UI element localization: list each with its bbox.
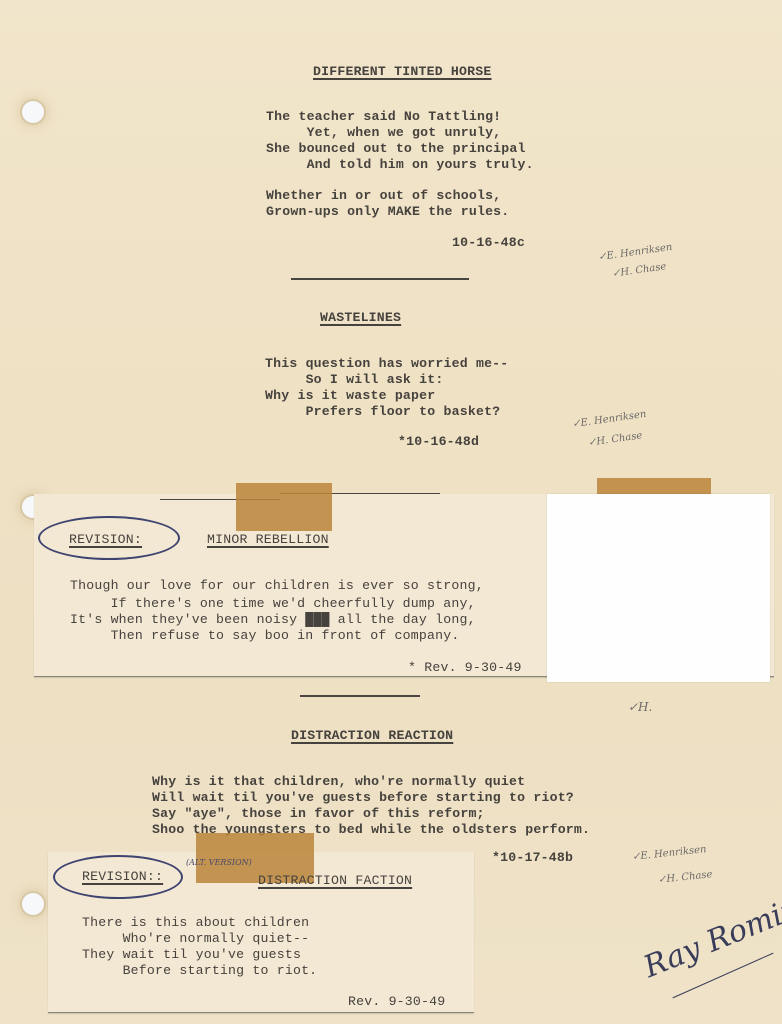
revision-label: REVISION:: — [82, 869, 163, 885]
reviewer-annotation: ✓H. Chase — [612, 261, 668, 279]
poem-line: So I will ask it: — [265, 372, 444, 388]
revision-date: * Rev. 9-30-49 — [408, 660, 522, 676]
poem-code: 10-16-48c — [452, 235, 525, 251]
revision-date: Rev. 9-30-49 — [348, 994, 445, 1010]
poem-line: Prefers floor to basket? — [265, 404, 500, 420]
typed-manuscript-page: DIFFERENT TINTED HORSE The teacher said … — [0, 0, 782, 1024]
poem-line: Whether in or out of schools, — [266, 188, 501, 204]
author-signature: Ray Romine — [639, 884, 782, 985]
poem-line: They wait til you've guests — [82, 947, 301, 963]
poem-line: Though our love for our children is ever… — [70, 578, 484, 594]
poem-line: Then refuse to say boo in front of compa… — [70, 628, 459, 644]
poem-line: She bounced out to the principal — [266, 141, 526, 157]
reviewer-annotation: ✓H. Chase — [588, 430, 644, 448]
poem-line: And told him on yours truly. — [266, 157, 534, 173]
poem-line: There is this about children — [82, 915, 309, 931]
poem-line: Will wait til you've guests before start… — [152, 790, 574, 806]
section-divider — [300, 695, 420, 697]
poem-line: Who're normally quiet-- — [82, 931, 309, 947]
poem-title: DISTRACTION REACTION — [291, 728, 453, 744]
poem-title: DISTRACTION FACTION — [258, 873, 412, 889]
alt-version-note: (ALT. VERSION) — [186, 858, 252, 867]
reviewer-annotation: ✓E. Henriksen — [598, 242, 673, 263]
blank-cover-sheet — [547, 494, 770, 682]
reviewer-annotation: ✓E. Henriksen — [632, 844, 707, 863]
poem-line: This question has worried me-- — [265, 356, 508, 372]
revision-label: REVISION: — [69, 532, 142, 548]
poem-title: DIFFERENT TINTED HORSE — [313, 64, 492, 80]
punch-hole-top — [22, 101, 44, 123]
poem-title: MINOR REBELLION — [207, 532, 329, 548]
poem-line: Yet, when we got unruly, — [266, 125, 501, 141]
poem-line: The teacher said No Tattling! — [266, 109, 501, 125]
poem-line: Say "aye", those in favor of this reform… — [152, 806, 485, 822]
poem-line: Before starting to riot. — [82, 963, 317, 979]
reviewer-annotation: ✓H. Chase — [658, 869, 713, 886]
poem-line: If there's one time we'd cheerfully dump… — [70, 596, 476, 612]
adhesive-tape — [236, 483, 332, 531]
poem-line: It's when they've been noisy ███ all the… — [70, 612, 476, 628]
poem-line: Why is it waste paper — [265, 388, 435, 404]
poem-code: *10-16-48d — [398, 434, 479, 450]
reviewer-annotation: ✓H. — [628, 700, 652, 714]
section-divider — [291, 278, 469, 280]
poem-code: *10-17-48b — [492, 850, 573, 866]
poem-line: Why is it that children, who're normally… — [152, 774, 525, 790]
punch-hole-bottom — [22, 893, 44, 915]
poem-line: Grown-ups only MAKE the rules. — [266, 204, 509, 220]
reviewer-annotation: ✓E. Henriksen — [572, 409, 647, 430]
poem-title: WASTELINES — [320, 310, 401, 326]
